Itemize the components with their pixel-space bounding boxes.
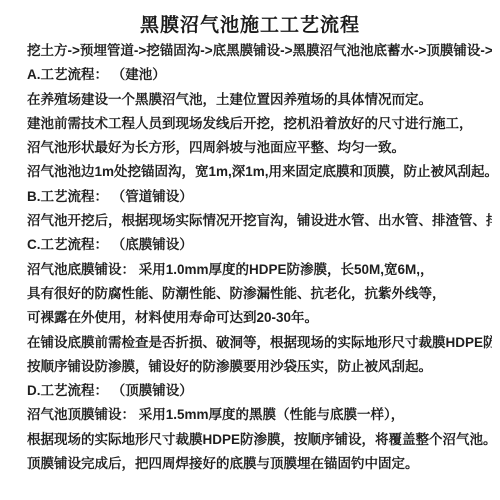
paragraph-line: 建池前需技术工程人员到现场发线后开挖，挖机沿着放好的尺寸进行施工， [27, 112, 492, 136]
paragraph-line: 顶膜铺设完成后，把四周焊接好的底膜与顶膜埋在锚固钓中固定。 [27, 452, 492, 476]
paragraph-line: 具有很好的防腐性能、防潮性能、防渗漏性能、抗老化，抗紫外线等， [27, 282, 492, 306]
document-body: 挖土方->预埋管道->挖锚固沟->底黑膜铺设->黑膜沼气池池底蓄水->顶膜铺设-… [0, 39, 500, 476]
paragraph-line: 沼气池顶膜铺设： 采用1.5mm厚度的黑膜（性能与底膜一样）， [27, 403, 492, 427]
paragraph-line: 沼气池底膜铺设： 采用1.0mm厚度的HDPE防渗膜，长50M,宽6M,， [27, 258, 492, 282]
paragraph-line: 沼气池池边1m处挖锚固沟，宽1m,深1m,用来固定底膜和顶膜，防止被风刮起。 [27, 160, 492, 184]
section-b-heading: B.工艺流程： （管道铺设） [27, 185, 492, 209]
section-a-heading: A.工艺流程： （建池） [27, 63, 492, 87]
paragraph-line: 在铺设底膜前需检查是否折损、破洞等，根据现场的实际地形尺寸裁膜HDPE防渗膜， [27, 331, 492, 355]
paragraph-line: 在养殖场建设一个黑膜沼气池，土建位置因养殖场的具体情况而定。 [27, 88, 492, 112]
paragraph-line: 按顺序铺设防渗膜，铺设好的防渗膜要用沙袋压实，防止被风刮起。 [27, 355, 492, 379]
paragraph-line: 沼气池开挖后，根据现场实际情况开挖盲沟，铺设进水管、出水管、排渣管、排气管等。 [27, 209, 492, 233]
paragraph-line: 根据现场的实际地形尺寸裁膜HDPE防渗膜，按顺序铺设，将覆盖整个沼气池。 [27, 428, 492, 452]
paragraph-line: 沼气池形状最好为长方形，四周斜坡与池面应平整、均匀一致。 [27, 136, 492, 160]
section-d-heading: D.工艺流程： （顶膜铺设） [27, 379, 492, 403]
process-flow-line: 挖土方->预埋管道->挖锚固沟->底黑膜铺设->黑膜沼气池池底蓄水->顶膜铺设-… [27, 39, 492, 63]
section-c-heading: C.工艺流程： （底膜铺设） [27, 233, 492, 257]
paragraph-line: 可裸露在外使用，材料使用寿命可达到20-30年。 [27, 306, 492, 330]
page-title: 黑膜沼气池施工工艺流程 [0, 0, 500, 39]
document-page: 黑膜沼气池施工工艺流程 挖土方->预埋管道->挖锚固沟->底黑膜铺设->黑膜沼气… [0, 0, 500, 500]
